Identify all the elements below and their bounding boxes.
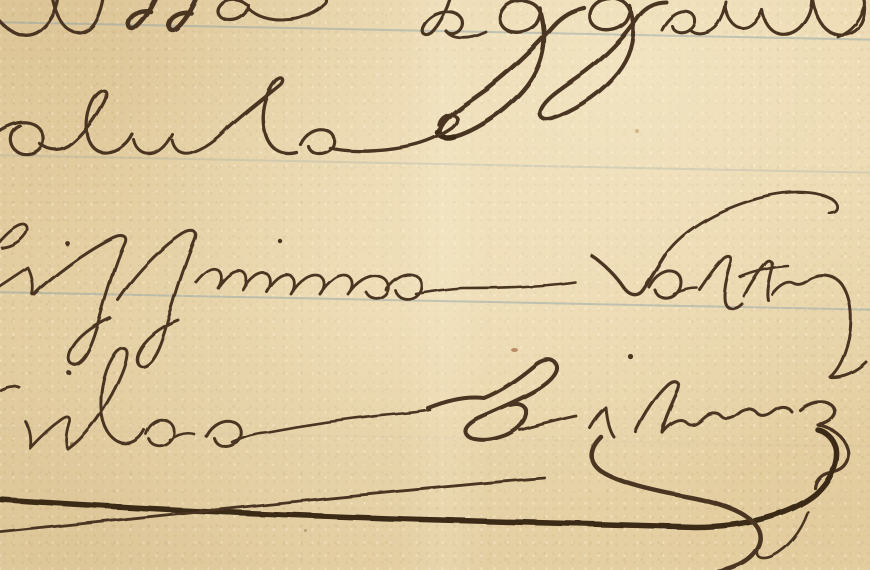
signature-surname-di-carre bbox=[428, 353, 849, 488]
signature-flourish bbox=[0, 430, 837, 570]
manuscript-page: …sso leggervi …alute …issimo Vostro …isl… bbox=[0, 0, 870, 570]
word-alute bbox=[0, 78, 457, 155]
word-vostro bbox=[592, 193, 866, 378]
word-issimo-fragment bbox=[0, 225, 575, 367]
word-leggervi bbox=[422, 0, 865, 138]
signature-islao bbox=[0, 348, 430, 449]
handwriting-ink-layer bbox=[0, 0, 870, 570]
word-sso-fragment bbox=[0, 0, 326, 35]
